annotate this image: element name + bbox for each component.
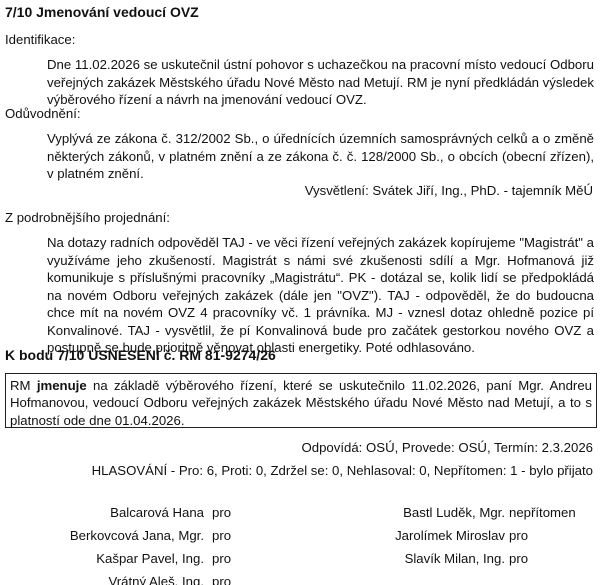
responsibility-line: Odpovídá: OSÚ, Provede: OSÚ, Termín: 2.3… xyxy=(302,440,594,455)
vote-row: Berkovcová Jana, Mgr.pro xyxy=(0,528,300,546)
discussion-text: Na dotazy radních odpověděl TAJ - ve věc… xyxy=(47,234,594,357)
vote-value: nepřítomen xyxy=(509,505,576,520)
voter-name: Bastl Luděk, Mgr. xyxy=(403,505,505,520)
identification-label: Identifikace: xyxy=(5,32,75,47)
item-title: 7/10 Jmenování vedoucí OVZ xyxy=(5,4,199,20)
vote-value: pro xyxy=(509,528,528,543)
voter-name: Slavík Milan, Ing. xyxy=(405,551,505,566)
vote-row: Bastl Luděk, Mgr.nepřítomen xyxy=(300,505,603,523)
justification-text: Vyplývá ze zákona č. 312/2002 Sb., o úře… xyxy=(47,130,594,183)
resolution-subject: RM xyxy=(10,378,31,393)
discussion-label: Z podrobnějšího projednání: xyxy=(5,210,170,225)
vote-value: pro xyxy=(212,528,231,543)
voter-name: Berkovcová Jana, Mgr. xyxy=(70,528,204,543)
vote-row: Slavík Milan, Ing.pro xyxy=(300,551,603,569)
voter-name: Balcarová Hana xyxy=(110,505,204,520)
vote-value: pro xyxy=(212,551,231,566)
justification-label: Odůvodnění: xyxy=(5,106,81,121)
vote-value: pro xyxy=(212,505,231,520)
vote-row: Balcarová Hanapro xyxy=(0,505,300,523)
vote-row: Vrátný Aleš, Ing.pro xyxy=(0,574,300,585)
vote-row: Kašpar Pavel, Ing.pro xyxy=(0,551,300,569)
identification-text: Dne 11.02.2026 se uskutečnil ústní pohov… xyxy=(47,56,594,109)
voter-name: Kašpar Pavel, Ing. xyxy=(96,551,204,566)
voting-summary: HLASOVÁNÍ - Pro: 6, Proti: 0, Zdržel se:… xyxy=(92,463,593,478)
voter-name: Vrátný Aleš, Ing. xyxy=(108,574,204,585)
resolution-text: na základě výběrového řízení, které se u… xyxy=(10,378,592,428)
vote-row: Jarolímek Miroslavpro xyxy=(300,528,603,546)
vote-value: pro xyxy=(212,574,231,585)
explained-by: Vysvětlení: Svátek Jiří, Ing., PhD. - ta… xyxy=(305,183,593,198)
vote-value: pro xyxy=(509,551,528,566)
resolution-box: RM jmenuje na základě výběrového řízení,… xyxy=(5,373,597,428)
voter-name: Jarolímek Miroslav xyxy=(395,528,505,543)
resolution-verb: jmenuje xyxy=(37,378,87,393)
resolution-heading: K bodu 7/10 USNESENÍ č. RM 81-9274/26 xyxy=(5,347,276,363)
